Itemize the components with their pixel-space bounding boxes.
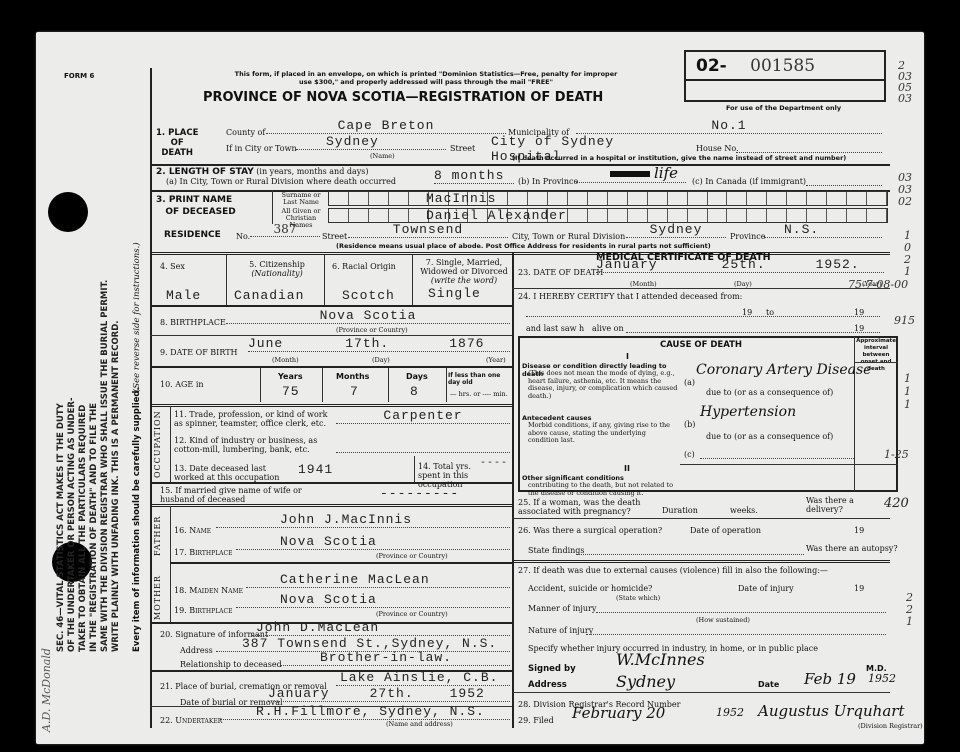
stay-city-value: 8 months: [434, 168, 514, 184]
dob-value: June17th.1876: [248, 336, 510, 352]
department-box: 02- 001585: [684, 50, 886, 102]
age-years: 75: [282, 384, 300, 399]
residence-province: N.S.: [764, 222, 882, 238]
father-name-value: John J.MacInnis: [216, 512, 510, 528]
physician-signature: W.McInnes: [616, 650, 705, 669]
father-side-label: FATHER: [153, 516, 162, 556]
citizenship-value: Canadian: [234, 288, 304, 303]
postal-notice: This form, if placed in an envelope, on …: [216, 70, 636, 86]
county-value: Cape Breton: [266, 118, 506, 134]
supply-note: Every item of information should be care…: [132, 387, 142, 652]
length-of-stay-label: 2. LENGTH OF STAY (in years, months and …: [156, 167, 369, 177]
surname-grid: [328, 191, 888, 206]
informant-name-value: John D.MacLean: [252, 620, 510, 636]
residence-street: Townsend: [348, 222, 508, 238]
form-title: PROVINCE OF NOVA SCOTIA—REGISTRATION OF …: [203, 90, 603, 105]
given-names-value: Daniel Alexander: [426, 208, 567, 223]
side-instructions: SEC. 46—VITAL STATISTICS ACT MAKES IT TH…: [56, 280, 122, 652]
date-of-death-value: January25th.1952.: [596, 257, 884, 273]
cause-a-value: Coronary Artery Disease: [696, 362, 871, 378]
given-names-grid: [328, 208, 888, 223]
last-worked-value: 1941: [298, 462, 333, 477]
reverse-note: (See reverse side for instructions.): [132, 242, 142, 392]
mother-name-value: Catherine MacLean: [246, 572, 510, 588]
punch-hole: [48, 192, 88, 232]
undertaker-value: R.H.Fillmore, Sydney, N.S.: [220, 704, 510, 720]
registrar-signature: Augustus Urquhart: [758, 702, 904, 720]
sex-value: Male: [166, 288, 201, 303]
mother-birthplace-value: Nova Scotia: [236, 592, 510, 608]
city-value: Sydney: [296, 134, 446, 150]
margin-signature: A.D. McDonald: [40, 648, 53, 732]
cause-b-value: Hypertension: [700, 404, 796, 420]
form-number: FORM 6: [64, 72, 94, 80]
mother-side-label: MOTHER: [153, 575, 162, 620]
surname-value: MacInnis: [426, 191, 496, 206]
dept-note: For use of the Department only: [726, 104, 841, 112]
occupation-value: Carpenter: [336, 408, 510, 424]
residence-city: Sydney: [626, 222, 726, 238]
filed-date: February 20: [572, 704, 665, 722]
spouse-value: ---------: [380, 486, 459, 501]
racial-origin-value: Scotch: [342, 288, 395, 303]
death-registration-form: FORM 6 SEC. 46—VITAL STATISTICS ACT MAKE…: [36, 32, 924, 744]
place-of-death-label: 1. PLACEOFDEATH: [156, 128, 198, 158]
informant-relation-value: Brother-in-law.: [280, 650, 510, 666]
father-birthplace-value: Nova Scotia: [236, 534, 510, 550]
total-years-value: ----: [480, 458, 508, 469]
birthplace-value: Nova Scotia: [226, 308, 510, 324]
physician-address: Sydney: [616, 672, 675, 691]
burial-place-value: Lake Ainslie, C.B.: [336, 670, 510, 686]
deceased-name-label: 3. PRINT NAME OF DECEASED: [156, 194, 236, 218]
age-days: 8: [410, 384, 419, 399]
residence-number: 387: [250, 222, 320, 237]
marital-status-value: Single: [428, 286, 481, 301]
stay-province-value: life: [576, 164, 686, 183]
signed-date: Feb 19: [804, 670, 856, 688]
burial-date-value: January27th.1952: [268, 686, 510, 702]
municipality-value: No.1: [576, 118, 882, 134]
margin-codes: 2030503: [898, 60, 922, 104]
age-months: 7: [350, 384, 359, 399]
occupation-side-label: OCCUPATION: [153, 410, 162, 478]
reg-prefix: 02-: [696, 56, 727, 76]
reg-number: 001585: [750, 56, 815, 76]
